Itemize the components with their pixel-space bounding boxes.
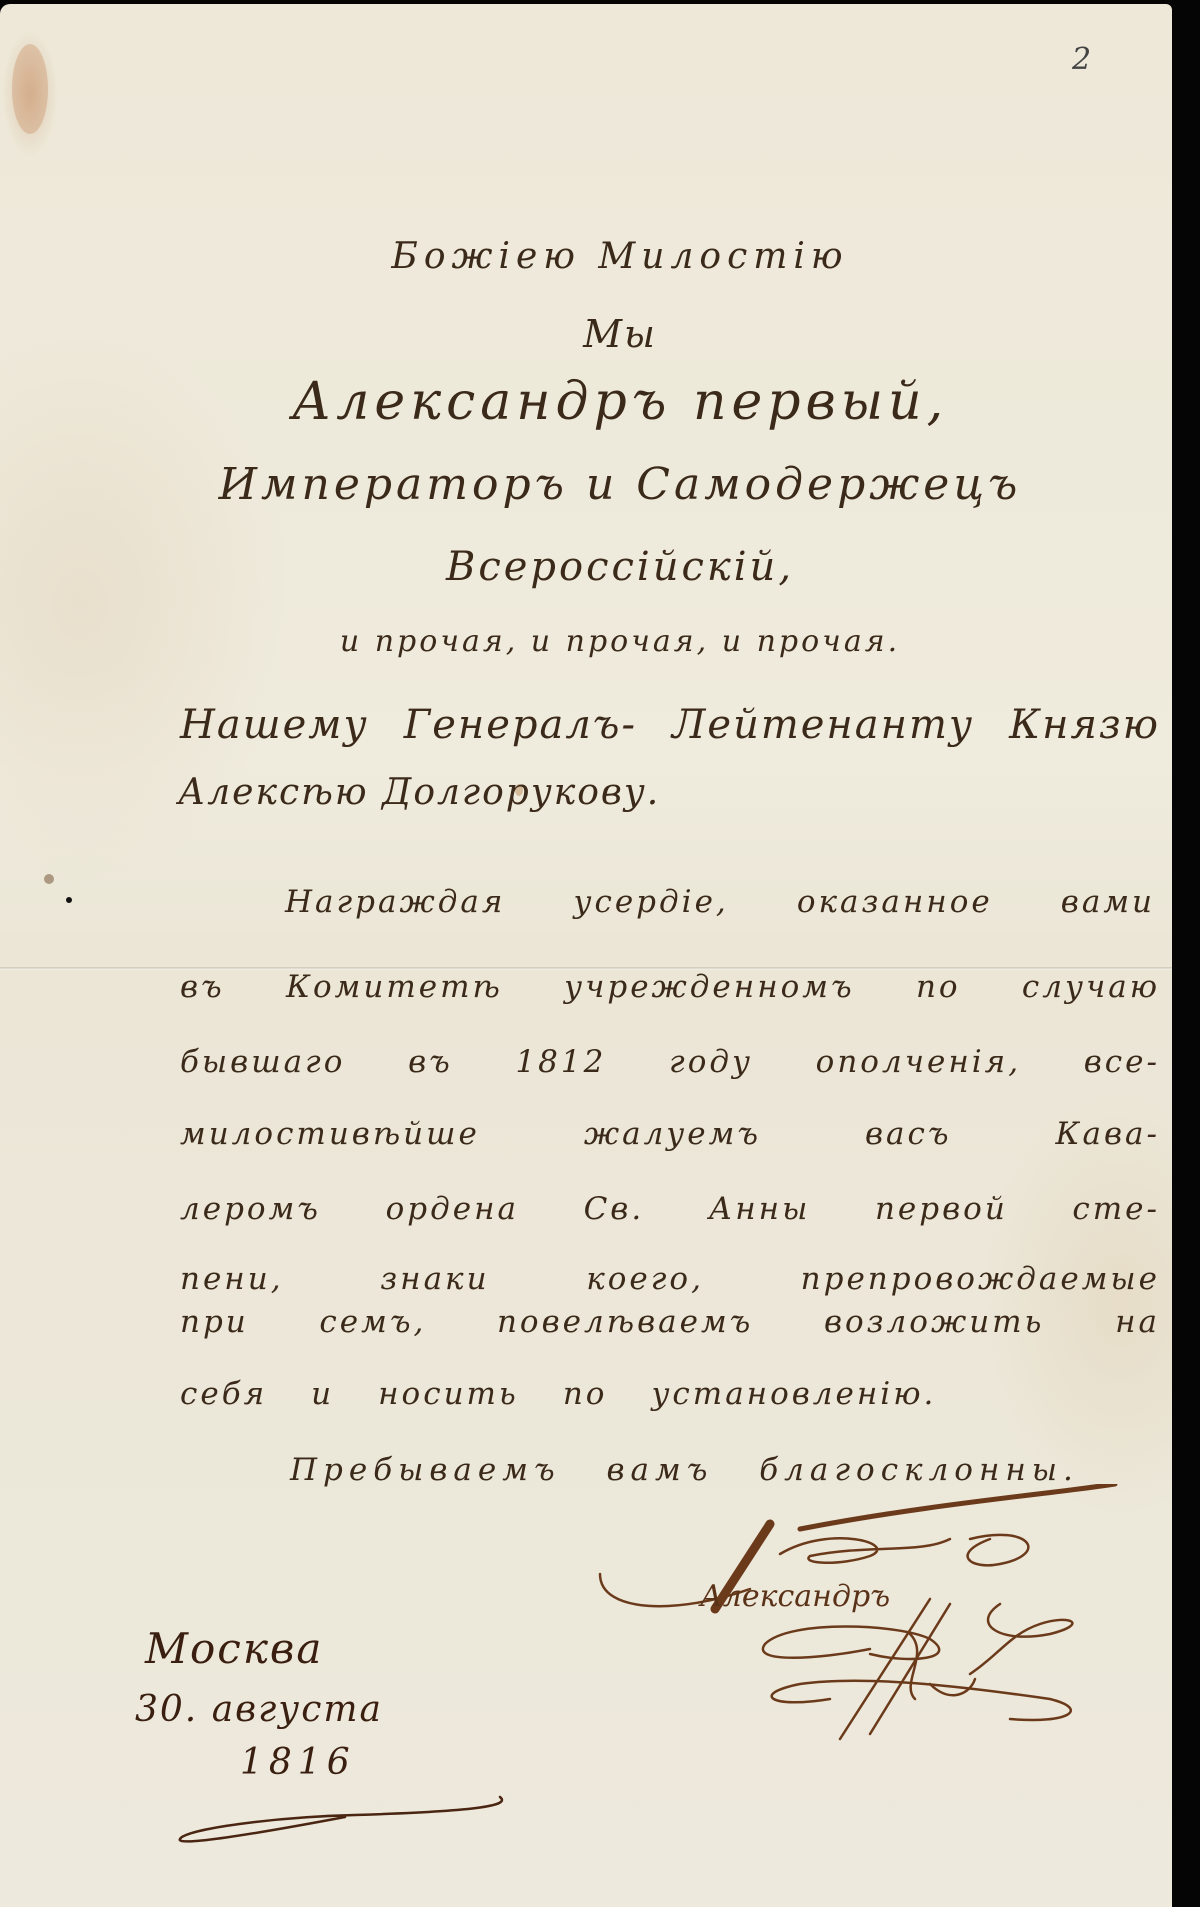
body-line-7-words: при семъ, повелѣваемъ возложить на: [180, 1304, 1160, 1340]
body-word: въ: [180, 969, 225, 1005]
place-name: Москва: [145, 1624, 323, 1673]
body-word: бывшаго: [180, 1044, 345, 1080]
body-word: жалуемъ: [584, 1116, 761, 1152]
heading-line-etc: и прочая, и прочая, и прочая.: [150, 624, 1090, 659]
stain-ink-dot: [66, 897, 72, 903]
body-word: ордена: [386, 1191, 519, 1227]
body-word: пени,: [180, 1261, 284, 1297]
body-word: на: [1115, 1304, 1160, 1340]
address-word: Князю: [1009, 702, 1160, 748]
body-line-8: себя и носить по установленiю.: [180, 1376, 936, 1412]
body-word: носить: [378, 1376, 519, 1412]
heading-line-grace: Божiею Милостiю: [150, 236, 1090, 277]
body-word: Комитетѣ: [286, 969, 503, 1005]
signature-flourish-icon: [570, 1484, 1130, 1744]
address-word: Нашему: [180, 702, 369, 748]
heading-line-title: Императоръ и Самодержецъ: [150, 459, 1090, 510]
stain-ink-blot: [44, 874, 54, 884]
stain-left: [12, 44, 48, 134]
body-word: установленiю.: [651, 1376, 936, 1412]
body-word: случаю: [1022, 969, 1160, 1005]
body-line-4: милостивѣйше жалуемъ васъ Кава-: [180, 1116, 1160, 1152]
body-line-2: въ Комитетѣ учрежденномъ по случаю: [180, 969, 1160, 1005]
body-word: при: [180, 1304, 249, 1340]
heading-line-all-russia: Всероссiйскiй,: [150, 544, 1090, 590]
body-word: возложить: [824, 1304, 1045, 1340]
date-underline-flourish-icon: [155, 1789, 535, 1849]
heading-line-we: Мы: [150, 312, 1090, 356]
body-line-6: пени, знаки коего, препровождаемые: [180, 1261, 1160, 1297]
date-day-month: 30. августа: [135, 1689, 383, 1730]
imperial-signature: Александръ: [570, 1484, 1130, 1744]
closing-line: Пребываемъ вамъ благосклонны.: [290, 1452, 1079, 1488]
body-word: первой: [875, 1191, 1008, 1227]
body-word: Награждая: [285, 884, 505, 920]
body-word: знаки: [380, 1261, 489, 1297]
body-word: усердiе,: [573, 884, 728, 920]
body-word: оказанное: [797, 884, 993, 920]
body-word: Св.: [584, 1191, 645, 1227]
body-word: сте-: [1072, 1191, 1160, 1227]
body-word: леромъ: [180, 1191, 321, 1227]
body-word: Анны: [709, 1191, 811, 1227]
body-word: вами: [1061, 884, 1155, 920]
body-word: васъ: [865, 1116, 952, 1152]
body-word: милостивѣйше: [180, 1116, 480, 1152]
signature-text: Александръ: [700, 1579, 890, 1614]
body-word: Кава-: [1056, 1116, 1160, 1152]
address-line-2: Алексѣю Долгорукову.: [178, 772, 660, 813]
body-word: семъ,: [319, 1304, 426, 1340]
body-word: 1812: [515, 1044, 606, 1080]
body-word: году: [669, 1044, 753, 1080]
address-line-1: Нашему Генералъ- Лейтенанту Князю: [180, 702, 1160, 748]
body-word: въ: [408, 1044, 453, 1080]
body-line-5: леромъ ордена Св. Анны первой сте-: [180, 1191, 1160, 1227]
address-word: Генералъ-: [404, 702, 637, 748]
address-word: Лейтенанту: [672, 702, 974, 748]
body-word: по: [563, 1376, 608, 1412]
body-word: себя: [180, 1376, 267, 1412]
folio-number: 2: [1072, 42, 1091, 77]
body-line-3: бывшаго въ 1812 году ополченiя, все-: [180, 1044, 1160, 1080]
date-year: 1816: [240, 1742, 356, 1783]
body-word: по: [916, 969, 961, 1005]
body-word: учрежденномъ: [564, 969, 855, 1005]
body-word: повелѣваемъ: [497, 1304, 753, 1340]
body-word: и: [311, 1376, 334, 1412]
body-word: коего,: [586, 1261, 704, 1297]
body-word: все-: [1084, 1044, 1160, 1080]
manuscript-page: 2 Божiею Милостiю Мы Александръ первый, …: [0, 4, 1172, 1907]
body-word: ополченiя,: [816, 1044, 1021, 1080]
body-word: препровождаемые: [801, 1261, 1160, 1297]
heading-line-name: Александръ первый,: [150, 372, 1090, 432]
body-line-1: Награждая усердiе, оказанное вами: [285, 884, 1155, 920]
